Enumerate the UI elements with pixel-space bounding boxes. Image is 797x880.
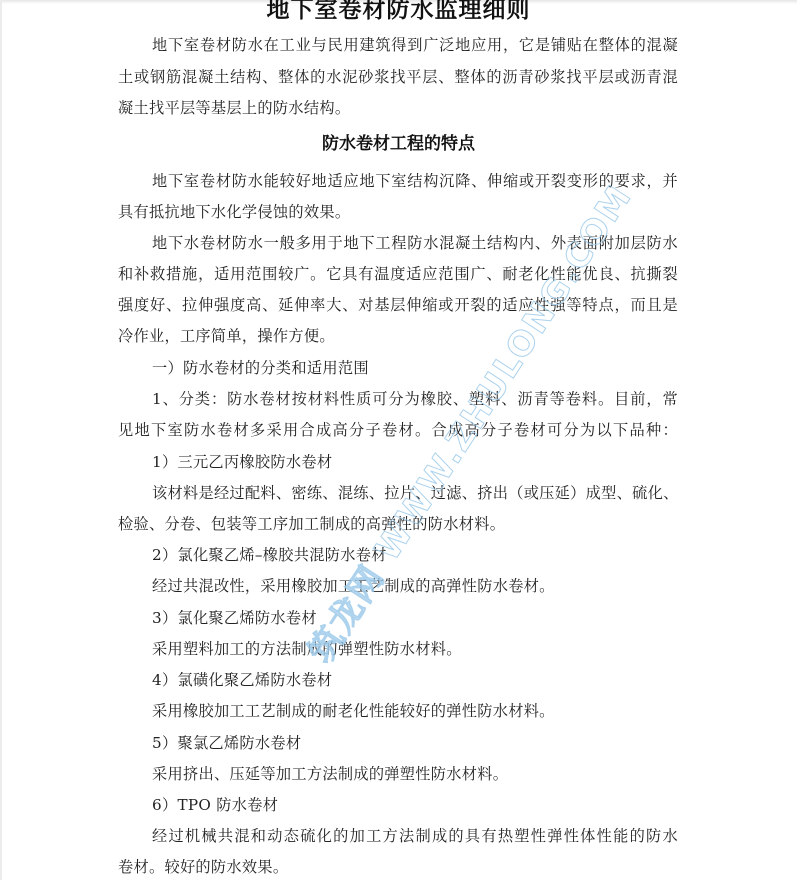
item-6-desc-line-1: 经过机械共混和动态硫化的加工方法制成的具有热塑性弹性体性能的防水 bbox=[152, 824, 678, 848]
item-2-desc: 经过共混改性，采用橡胶加工工艺制成的高弹性防水卷材。 bbox=[152, 574, 678, 598]
item-6-heading: 6）TPO 防水卷材 bbox=[152, 793, 678, 817]
item-3-desc: 采用塑料加工的方法制成的弹塑性防水材料。 bbox=[152, 637, 678, 661]
document-title: 地下室卷材防水监理细则 bbox=[0, 0, 797, 28]
intro-line-2: 土或钢筋混凝土结构、整体的水泥砂浆找平层、整体的沥青砂浆找平层或沥青混 bbox=[118, 65, 678, 89]
item-3-heading: 3）氯化聚乙烯防水卷材 bbox=[152, 606, 678, 630]
para1-line-1: 地下室卷材防水能较好地适应地下室结构沉降、伸缩或开裂变形的要求，并 bbox=[152, 169, 678, 193]
item-4-desc: 采用橡胶加工工艺制成的耐老化性能较好的弹性防水材料。 bbox=[152, 699, 678, 723]
classification-line-2: 见地下室防水卷材多采用合成高分子卷材。合成高分子卷材可分为以下品种： bbox=[118, 418, 678, 442]
section-heading: 防水卷材工程的特点 bbox=[0, 132, 797, 156]
item-1-heading: 1）三元乙丙橡胶防水卷材 bbox=[152, 450, 678, 474]
item-2-heading: 2）氯化聚乙烯–橡胶共混防水卷材 bbox=[152, 543, 678, 567]
document-page: 地下室卷材防水监理细则 地下室卷材防水在工业与民用建筑得到广泛地应用，它是铺贴在… bbox=[0, 0, 797, 880]
item-5-desc: 采用挤出、压延等加工方法制成的弹塑性防水材料。 bbox=[152, 762, 678, 786]
item-6-desc-line-2: 卷材。较好的防水效果。 bbox=[118, 855, 678, 879]
para1-line-2: 具有抵抗地下水化学侵蚀的效果。 bbox=[118, 200, 678, 224]
item-5-heading: 5）聚氯乙烯防水卷材 bbox=[152, 731, 678, 755]
subsection-heading: 一）防水卷材的分类和适用范围 bbox=[152, 356, 678, 380]
para2-line-3: 强度好、拉伸强度高、延伸率大、对基层伸缩或开裂的适应性强等特点，而且是 bbox=[118, 293, 678, 317]
item-4-heading: 4）氯磺化聚乙烯防水卷材 bbox=[152, 668, 678, 692]
para2-line-4: 冷作业，工序简单，操作方便。 bbox=[118, 324, 678, 348]
classification-line-1: 1、分类：防水卷材按材料性质可分为橡胶、塑料、沥青等卷料。目前，常 bbox=[152, 387, 678, 411]
item-1-desc-line-1: 该材料是经过配料、密练、混练、拉片、过滤、挤出（或压延）成型、硫化、 bbox=[152, 481, 678, 505]
para2-line-2: 和补救措施，适用范围较广。它具有温度适应范围广、耐老化性能优良、抗撕裂 bbox=[118, 262, 678, 286]
item-1-desc-line-2: 检验、分卷、包装等工序加工制成的高弹性的防水材料。 bbox=[118, 512, 678, 536]
intro-line-3: 凝土找平层等基层上的防水结构。 bbox=[118, 96, 678, 120]
para2-line-1: 地下水卷材防水一般多用于地下工程防水混凝土结构内、外表面附加层防水 bbox=[152, 231, 678, 255]
intro-line-1: 地下室卷材防水在工业与民用建筑得到广泛地应用，它是铺贴在整体的混凝 bbox=[152, 33, 678, 57]
